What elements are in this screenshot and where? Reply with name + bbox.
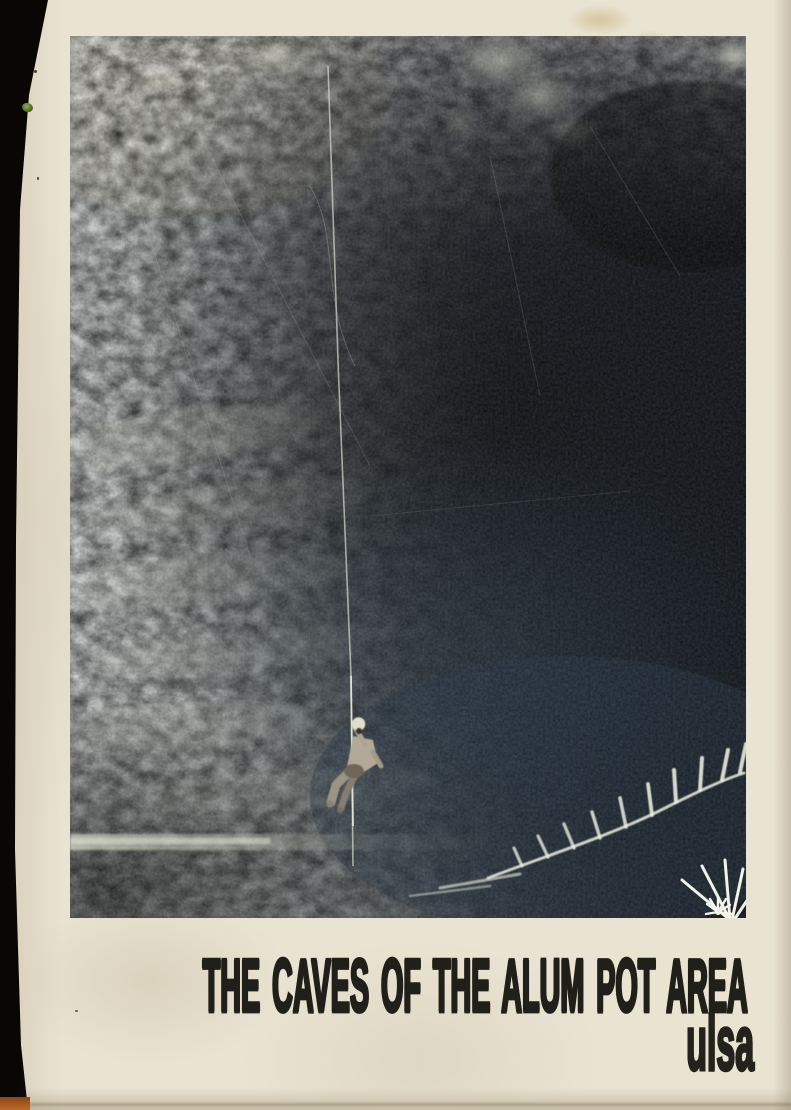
dirt-speck xyxy=(34,70,37,73)
spine-edge xyxy=(0,0,60,1110)
publisher-imprint: ulsa xyxy=(686,1005,754,1082)
dirt-speck xyxy=(37,177,39,180)
bottom-edge-shadow xyxy=(30,1103,791,1106)
dirt-speck xyxy=(224,390,227,393)
film-grain xyxy=(70,36,746,918)
cover-photo xyxy=(70,36,746,918)
bottom-left-corner-fragment xyxy=(0,1097,30,1110)
grass-band-core xyxy=(70,838,270,844)
cover-page: THE CAVES OF THE ALUM POT AREA ulsa xyxy=(0,0,791,1110)
pothole-photo-scene xyxy=(70,36,746,918)
cover-title: THE CAVES OF THE ALUM POT AREA xyxy=(203,949,748,1024)
dirt-speck xyxy=(75,1010,78,1012)
